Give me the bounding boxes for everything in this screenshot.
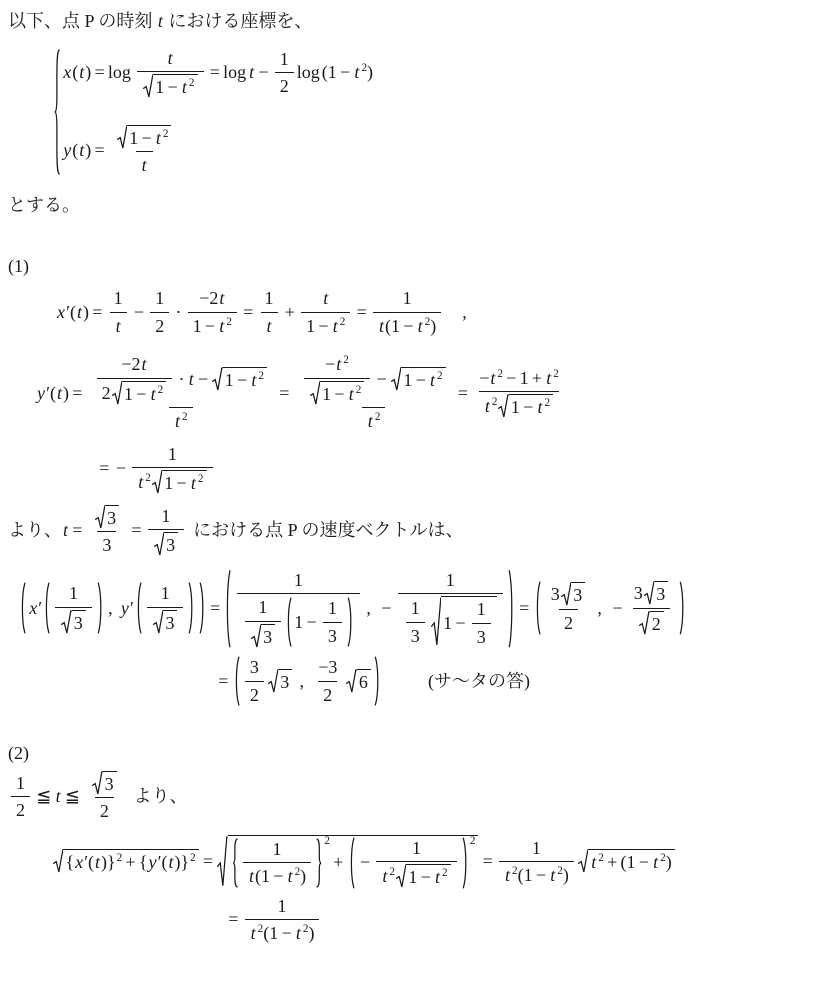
velocity-vector-equation: x′13,y′13=1131−13,−1131−13=332,−332: [18, 569, 827, 649]
speed-derivation: {x′(t)}2+{y′(t)}2=1t(1−t2)2+−1t21−t22=1t…: [52, 835, 827, 889]
speed-result: =1t2(1−t2): [225, 895, 827, 945]
intro-text: 以下、点 P の時刻 t における座標を、: [8, 10, 827, 33]
t-range-inequality: 12≦t≦32より、: [8, 771, 827, 823]
math-solution-document: 以下、点 P の時刻 t における座標を、 x(t)=logt1−t2=logt…: [0, 0, 827, 991]
part1-label: (1): [8, 255, 827, 278]
y-prime-derivation: y′(t)=−2t21−t2·t−1−t2t2=−t21−t2−1−t2t2=−…: [36, 353, 827, 433]
coordinate-system-equations: x(t)=logt1−t2=logt−12log(1−t2)y(t)=1−t2t: [52, 47, 827, 183]
x-prime-derivation: x′(t)=1t−12·−2t1−t2=1t+t1−t2=1t(1−t2),: [56, 287, 827, 337]
y-prime-result: =−1t21−t2: [96, 443, 827, 495]
velocity-vector-result: =323,−326(サ〜タの答): [215, 656, 827, 706]
part2-label: (2): [8, 742, 827, 765]
velocity-intro-text: より、t=33=13における点 P の速度ベクトルは、: [8, 505, 827, 557]
tosuru-text: とする。: [8, 194, 827, 217]
